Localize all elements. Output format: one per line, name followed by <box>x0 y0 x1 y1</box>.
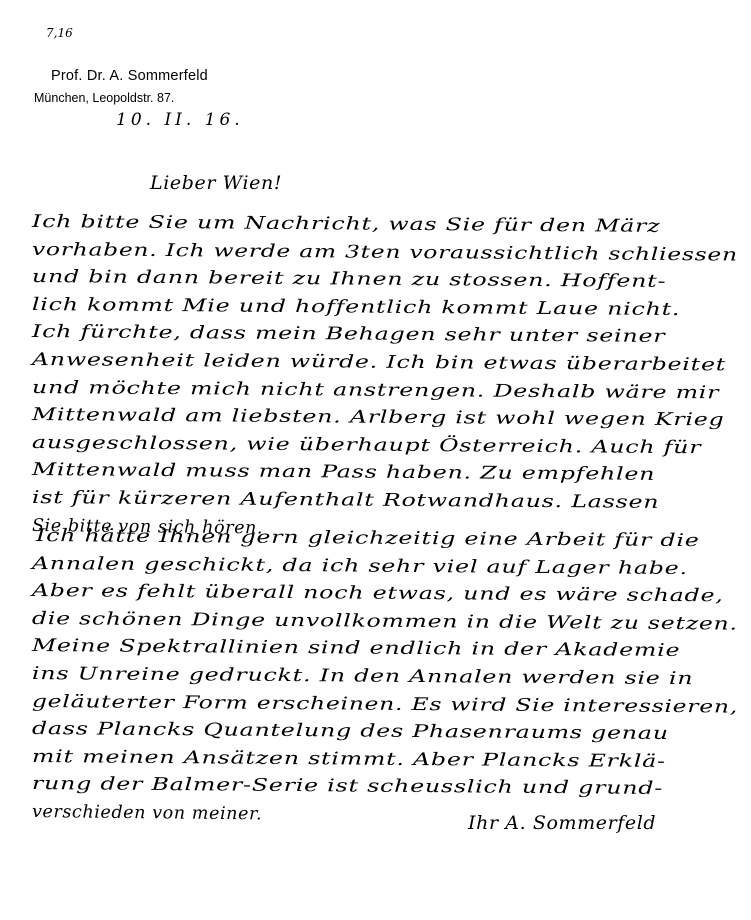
letterhead: Prof. Dr. A. Sommerfeld München, Leopold… <box>40 68 240 105</box>
letter-line: rung der Balmer-Serie ist scheusslich un… <box>32 774 663 799</box>
letter-line: Aber es fehlt überall noch etwas, und es… <box>32 581 724 606</box>
letter-line: und möchte mich nicht anstrengen. Deshal… <box>32 378 720 403</box>
letter-line: ausgeschlossen, wie überhaupt Österreich… <box>32 433 702 458</box>
letter-line: lich kommt Mie und hoffentlich kommt Lau… <box>32 295 681 320</box>
letter-line: ist für kürzeren Aufenthalt Rotwandhaus.… <box>32 488 660 513</box>
letter-line: verschieden von meiner. <box>32 802 262 824</box>
letter-line: Mittenwald muss man Pass haben. Zu empfe… <box>32 460 656 485</box>
letter-line: Ich fürchte, dass mein Behagen sehr unte… <box>32 322 666 347</box>
letter-line: dass Plancks Quantelung des Phasenraums … <box>32 719 669 744</box>
letter-line: Annalen geschickt, da ich sehr viel auf … <box>32 554 688 579</box>
letter-line: Ich hätte Ihnen gern gleichzeitig eine A… <box>36 526 700 551</box>
letter-line: geläuterter Form erscheinen. Es wird Sie… <box>32 692 738 718</box>
salutation: Lieber Wien! <box>150 172 282 194</box>
letter-line: Ich bitte Sie um Nachricht, was Sie für … <box>32 212 661 237</box>
letter-line: Mittenwald am liebsten. Arlberg ist wohl… <box>32 405 725 430</box>
letter-page: 7,16 Prof. Dr. A. Sommerfeld München, Le… <box>0 0 751 920</box>
letter-line: Anwesenheit leiden würde. Ich bin etwas … <box>32 350 726 375</box>
signature: Ihr A. Sommerfeld <box>468 812 656 834</box>
letter-line: ins Unreine gedruckt. In den Annalen wer… <box>32 664 694 689</box>
letter-line: vorhaben. Ich werde am 3ten voraussichtl… <box>32 240 738 266</box>
letter-line: mit meinen Ansätzen stimmt. Aber Plancks… <box>32 747 666 772</box>
letter-line: Meine Spektrallinien sind endlich in der… <box>32 636 681 661</box>
letterhead-address: München, Leopoldstr. 87. <box>34 91 240 105</box>
letter-date: 10. II. 16. <box>116 110 244 130</box>
archive-mark: 7,16 <box>46 26 73 40</box>
letter-line: die schönen Dinge unvollkommen in die We… <box>32 609 738 635</box>
letterhead-name: Prof. Dr. A. Sommerfeld <box>51 68 240 84</box>
letter-line: und bin dann bereit zu Ihnen zu stossen.… <box>32 267 667 292</box>
